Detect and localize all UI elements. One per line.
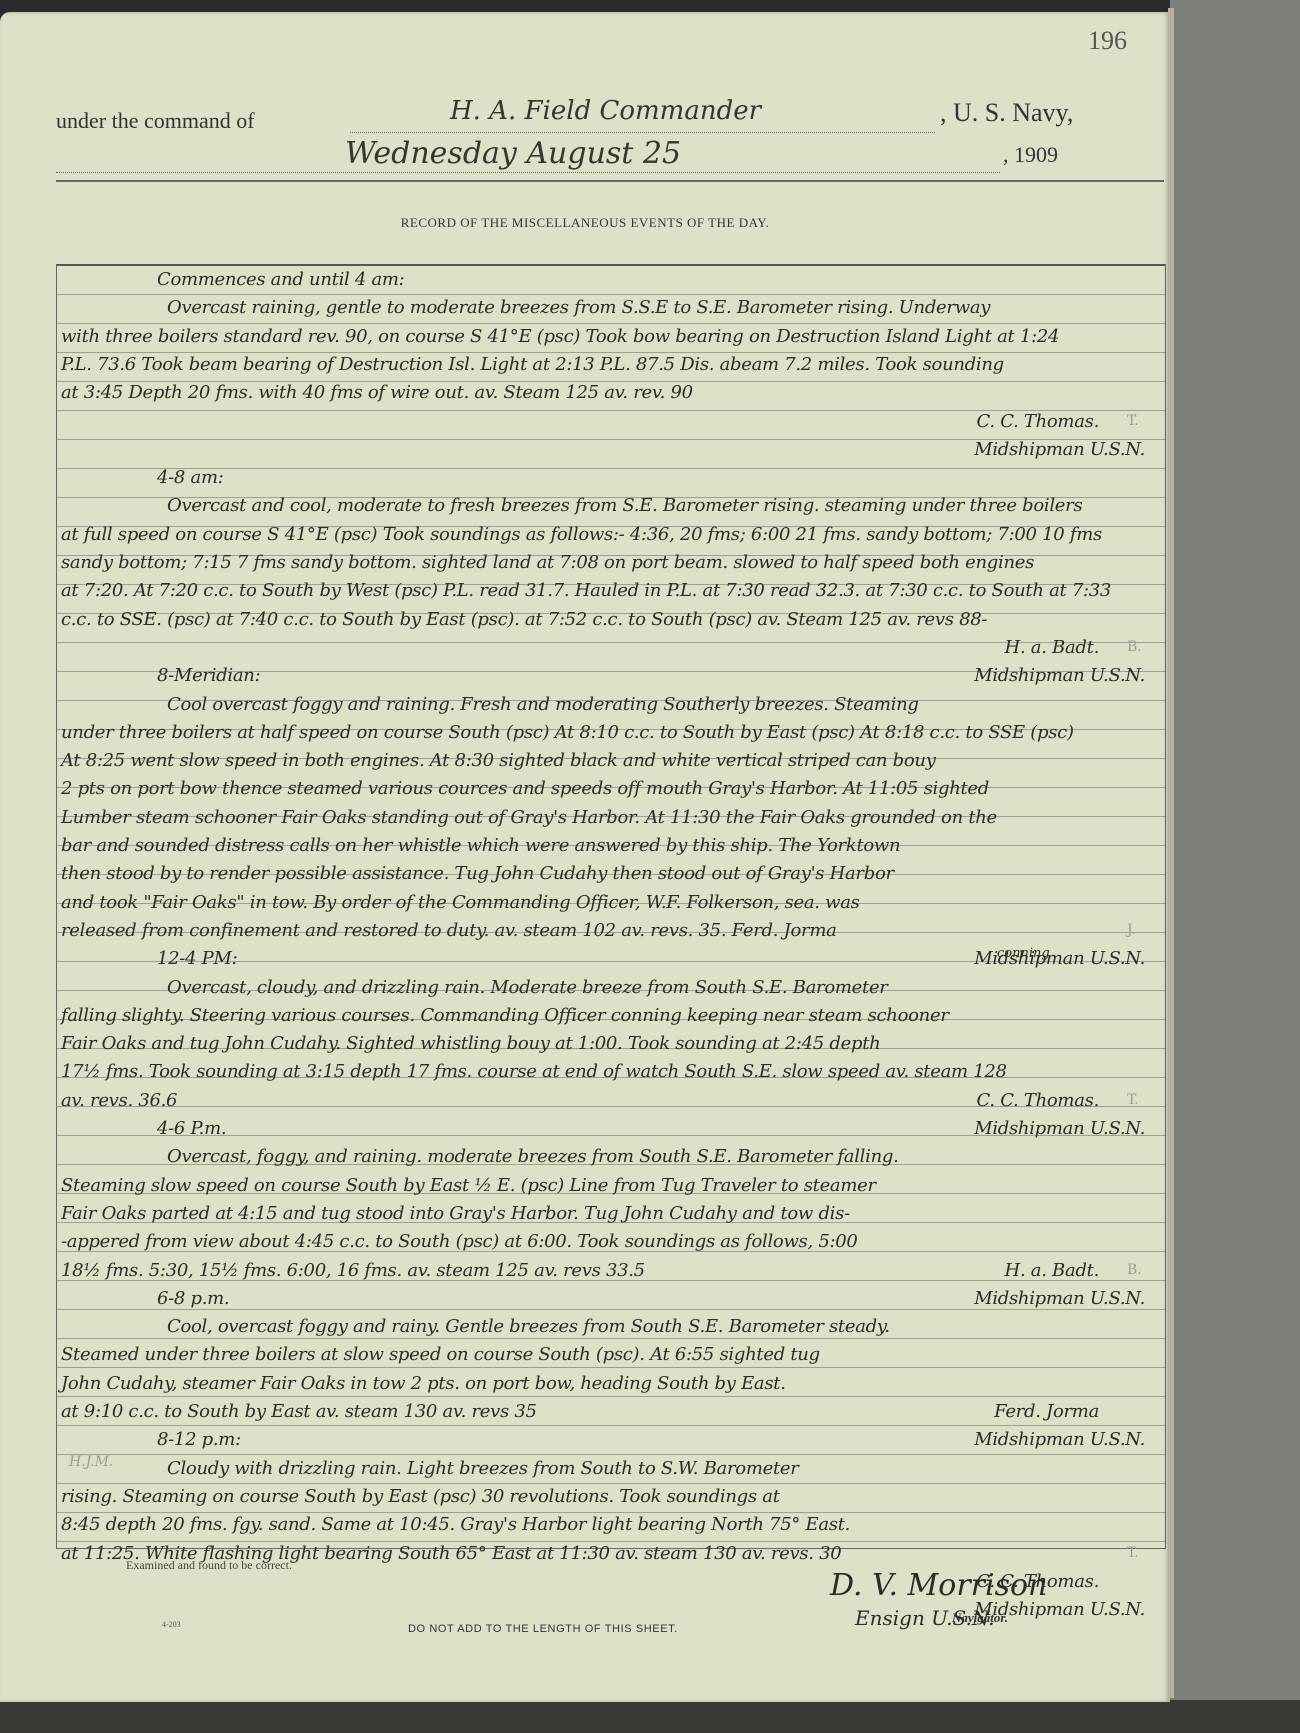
officer-signature: C. C. Thomas. bbox=[57, 1086, 1159, 1115]
officer-signature: H. a. Badt. bbox=[57, 633, 1159, 662]
officer-rank: Midshipman U.S.N. bbox=[57, 435, 1159, 464]
officer-rank: Midshipman U.S.N. bbox=[57, 661, 1159, 690]
log-line: released from confinement and restored t… bbox=[57, 916, 1159, 945]
watch-heading: Commences and until 4 am: bbox=[57, 265, 1159, 294]
log-year: , 1909 bbox=[1003, 142, 1058, 168]
log-line: Overcast and cool, moderate to fresh bre… bbox=[57, 491, 1159, 520]
log-line: Steaming slow speed on course South by E… bbox=[57, 1171, 1159, 1200]
watch-heading: 4-8 am: bbox=[57, 463, 1159, 492]
background-bottom bbox=[0, 1700, 1300, 1733]
log-line: John Cudahy, steamer Fair Oaks in tow 2 … bbox=[57, 1369, 1159, 1398]
log-line: Overcast, foggy, and raining. moderate b… bbox=[57, 1142, 1159, 1171]
log-line: and took "Fair Oaks" in tow. By order of… bbox=[57, 888, 1159, 917]
log-date: Wednesday August 25 bbox=[345, 136, 681, 171]
margin-initial: J. bbox=[1127, 922, 1136, 938]
date-dotted-line bbox=[56, 172, 1000, 173]
log-line: Cloudy with drizzling rain. Light breeze… bbox=[57, 1454, 1159, 1483]
officer-signature: C. C. Thomas. bbox=[57, 407, 1159, 436]
log-line: P.L. 73.6 Took beam bearing of Destructi… bbox=[57, 350, 1159, 379]
command-dotted-line bbox=[350, 132, 935, 133]
officer-rank: Midshipman U.S.N. bbox=[57, 1284, 1159, 1313]
margin-initial: T. bbox=[1127, 1092, 1139, 1108]
officer-rank: Midshipman U.S.N. bbox=[57, 944, 1159, 973]
log-line: At 8:25 went slow speed in both engines.… bbox=[57, 746, 1159, 775]
page-number: 196 bbox=[1088, 26, 1127, 56]
log-line: 8:45 depth 20 fms. fgy. sand. Same at 10… bbox=[57, 1510, 1159, 1539]
commander-name: H. A. Field Commander bbox=[450, 96, 761, 126]
log-line: Lumber steam schooner Fair Oaks standing… bbox=[57, 803, 1159, 832]
events-record-box: Commences and until 4 am:Overcast rainin… bbox=[56, 264, 1166, 1549]
officer-signature: Ferd. Jorma bbox=[57, 1397, 1159, 1426]
log-line: sandy bottom; 7:15 7 fms sandy bottom. s… bbox=[57, 548, 1159, 577]
examined-statement: Examined and found to be correct. bbox=[126, 1558, 292, 1573]
log-line: at 3:45 Depth 20 fms. with 40 fms of wir… bbox=[57, 378, 1159, 407]
background-right bbox=[1170, 0, 1300, 1733]
log-line: c.c. to SSE. (psc) at 7:40 c.c. to South… bbox=[57, 605, 1159, 634]
service-label: , U. S. Navy, bbox=[940, 98, 1073, 128]
log-page: 196 under the command of H. A. Field Com… bbox=[0, 12, 1170, 1702]
log-line: Overcast, cloudy, and drizzling rain. Mo… bbox=[57, 973, 1159, 1002]
log-line: under three boilers at half speed on cou… bbox=[57, 718, 1159, 747]
log-line: at 7:20. At 7:20 c.c. to South by West (… bbox=[57, 576, 1159, 605]
officer-rank: Midshipman U.S.N. bbox=[57, 1114, 1159, 1143]
officer-signature: H. a. Badt. bbox=[57, 1256, 1159, 1285]
corner-initials: H.J.M. bbox=[69, 1454, 113, 1470]
log-line: bar and sounded distress calls on her wh… bbox=[57, 831, 1159, 860]
log-line: -appered from view about 4:45 c.c. to So… bbox=[57, 1227, 1159, 1256]
log-line: with three boilers standard rev. 90, on … bbox=[57, 322, 1159, 351]
command-prefix: under the command of bbox=[56, 108, 255, 134]
officer-rank: Midshipman U.S.N. bbox=[57, 1425, 1159, 1454]
log-line: Fair Oaks and tug John Cudahy. Sighted w… bbox=[57, 1029, 1159, 1058]
margin-initial: B. bbox=[1127, 639, 1142, 655]
log-line: Cool, overcast foggy and rainy. Gentle b… bbox=[57, 1312, 1159, 1341]
margin-initial: B. bbox=[1127, 1262, 1142, 1278]
sheet-warning: DO NOT ADD TO THE LENGTH OF THIS SHEET. bbox=[408, 1623, 678, 1635]
log-line: Steamed under three boilers at slow spee… bbox=[57, 1340, 1159, 1369]
header-rule bbox=[56, 180, 1164, 182]
log-line: rising. Steaming on course South by East… bbox=[57, 1482, 1159, 1511]
section-title: RECORD OF THE MISCELLANEOUS EVENTS OF TH… bbox=[0, 215, 1170, 231]
correction-insert: conning bbox=[997, 946, 1050, 961]
log-line: Fair Oaks parted at 4:15 and tug stood i… bbox=[57, 1199, 1159, 1228]
navigator-title: Navigator. bbox=[952, 1610, 1008, 1626]
log-line: 17½ fms. Took sounding at 3:15 depth 17 … bbox=[57, 1057, 1159, 1086]
log-line: then stood by to render possible assista… bbox=[57, 859, 1159, 888]
log-line: falling slighty. Steering various course… bbox=[57, 1001, 1159, 1030]
log-line: 2 pts on port bow thence steamed various… bbox=[57, 774, 1159, 803]
log-line: at full speed on course S 41°E (psc) Too… bbox=[57, 520, 1159, 549]
form-number: 4-203 bbox=[162, 1620, 181, 1629]
log-line: Cool overcast foggy and raining. Fresh a… bbox=[57, 690, 1159, 719]
margin-initial: T. bbox=[1127, 413, 1139, 429]
log-line: Overcast raining, gentle to moderate bre… bbox=[57, 293, 1159, 322]
margin-initial: T. bbox=[1127, 1545, 1139, 1561]
navigator-signature: D. V. Morrison bbox=[830, 1568, 1047, 1603]
page-edge bbox=[1168, 8, 1174, 1698]
